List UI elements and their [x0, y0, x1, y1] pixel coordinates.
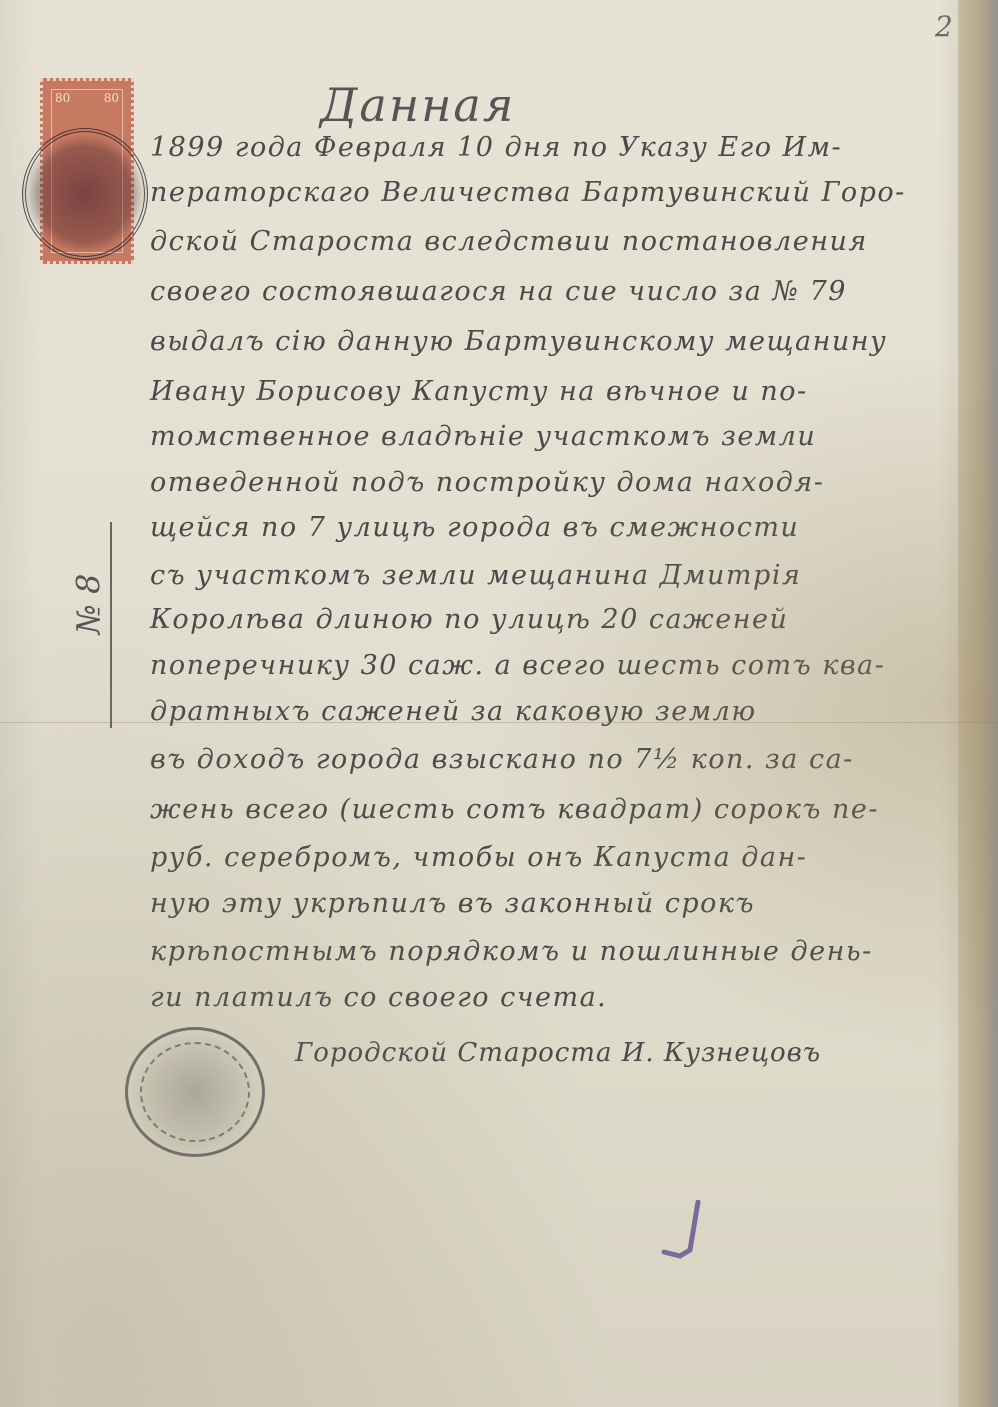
- text-line: жень всего (шесть сотъ квадрат) сорокъ п…: [150, 794, 879, 825]
- margin-registration-number: № 8: [69, 574, 107, 635]
- text-line: дратныхъ саженей за каковую землю: [150, 696, 757, 727]
- torn-page-edge: [958, 0, 998, 1407]
- page-number: 2: [935, 10, 953, 43]
- text-line: Королѣва длиною по улицѣ 20 саженей: [150, 604, 788, 635]
- stamp-denomination: 80: [55, 91, 70, 105]
- signature: Городской Староста И. Кузнецовъ: [295, 1038, 821, 1068]
- text-line: руб. серебромъ, чтобы онъ Капуста дан-: [150, 842, 807, 873]
- city-seal: [125, 1027, 265, 1157]
- text-line: Ивану Борисову Капусту на вѣчное и по-: [150, 376, 808, 407]
- stamp-cancellation-mark: [22, 128, 148, 260]
- document-title: Данная: [320, 78, 515, 132]
- text-line: щейся по 7 улицѣ города въ смежности: [150, 512, 799, 543]
- text-line: поперечнику 30 саж. а всего шесть сотъ к…: [150, 650, 885, 681]
- text-line: въ доходъ города взыскано по 7½ коп. за …: [150, 744, 854, 775]
- text-line: выдалъ сію данную Бартувинскому мещанину: [150, 326, 887, 357]
- document-page: 2 80 80 Данная 1899 года Февраля 10 дня …: [0, 0, 998, 1407]
- text-line: отведенной подъ постройку дома находя-: [150, 467, 824, 498]
- text-line: ператорскаго Величества Бартувинский Гор…: [150, 177, 906, 208]
- violet-ink-mark: [660, 1200, 710, 1270]
- text-line: крѣпостнымъ порядкомъ и пошлинные день-: [150, 936, 873, 967]
- text-line: ную эту укрѣпилъ въ законный срокъ: [150, 888, 755, 919]
- stamp-denomination: 80: [104, 91, 119, 105]
- text-line: съ участкомъ земли мещанина Дмитрія: [150, 560, 801, 591]
- margin-rule: [110, 522, 112, 728]
- text-line: томственное владѣніе участкомъ земли: [150, 421, 816, 452]
- text-line: ги платилъ со своего счета.: [150, 982, 607, 1013]
- text-line: 1899 года Февраля 10 дня по Указу Его Им…: [150, 132, 842, 163]
- text-line: своего состоявшагося на сие число за № 7…: [150, 276, 847, 307]
- text-line: дской Староста вследствии постановления: [150, 226, 868, 257]
